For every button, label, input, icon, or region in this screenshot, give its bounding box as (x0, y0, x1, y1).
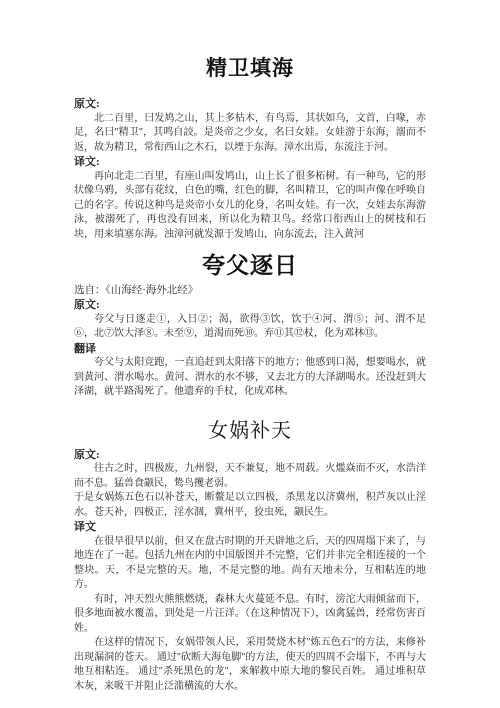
translation-paragraph: 有时，冲天烈火熊熊燃烧，森林大火蔓延不息。有时，滂沱大雨倾盆而下，很多地面被水覆… (74, 593, 426, 637)
source-attribution: 选自：《山海经·海外北经》 (74, 283, 426, 298)
original-text-paragraph: 于是女娲炼五色石以补苍天，断鳌足以立四极，杀黑龙以济冀州，积芦灰以止淫水。苍天补… (74, 491, 426, 520)
section-title-nuwa-butian: 女娲补天 (74, 414, 426, 443)
translation-label: 翻译 (74, 342, 426, 357)
original-text-paragraph: 往古之时，四极废，九州裂，天不兼复，地不周载。火爁焱而不灭，水浩洋而不息。猛兽食… (74, 462, 426, 491)
original-text-label: 原文: (74, 97, 426, 112)
translation-paragraph: 再向北走二百里，有座山叫发鸠山，山上长了很多柘树。有一种鸟，它的形状像乌鸦，头部… (74, 170, 426, 243)
translation-paragraph: 在这样的情况下，女娲带领人民，采用焚烧木材"炼五色石"的方法，来修补出现漏洞的苍… (74, 636, 426, 694)
original-text-label: 原文: (74, 448, 426, 463)
translation-paragraph: 夸父与太阳竞跑，一直追赶到太阳落下的地方；他感到口渴，想要喝水，就到黄河、渭水喝… (74, 356, 426, 400)
original-text-label: 原文: (74, 298, 426, 313)
section-title-kuafu-zhuri: 夸父逐日 (74, 247, 426, 280)
original-text-paragraph: 夸父与日逐走①，入日②；渴，欲得③饮，饮于④河、渭⑤；河、渭不足⑥，北⑦饮大泽⑧… (74, 313, 426, 342)
original-text-paragraph: 北二百里，曰发鸠之山，其上多枯木，有鸟焉，其状如乌，文首，白喙，赤足，名曰"精卫… (74, 112, 426, 156)
document-page: 精卫填海 原文: 北二百里，曰发鸠之山，其上多枯木，有鸟焉，其状如乌，文首，白喙… (0, 0, 500, 708)
translation-label: 译文: (74, 155, 426, 170)
translation-label: 译文 (74, 520, 426, 535)
section-title-jingwei-tianhai: 精卫填海 (74, 52, 426, 82)
translation-paragraph: 在很早很早以前，但又在盘古时期的开天辟地之后，天的四周塌下来了，与地连在了一起。… (74, 535, 426, 593)
